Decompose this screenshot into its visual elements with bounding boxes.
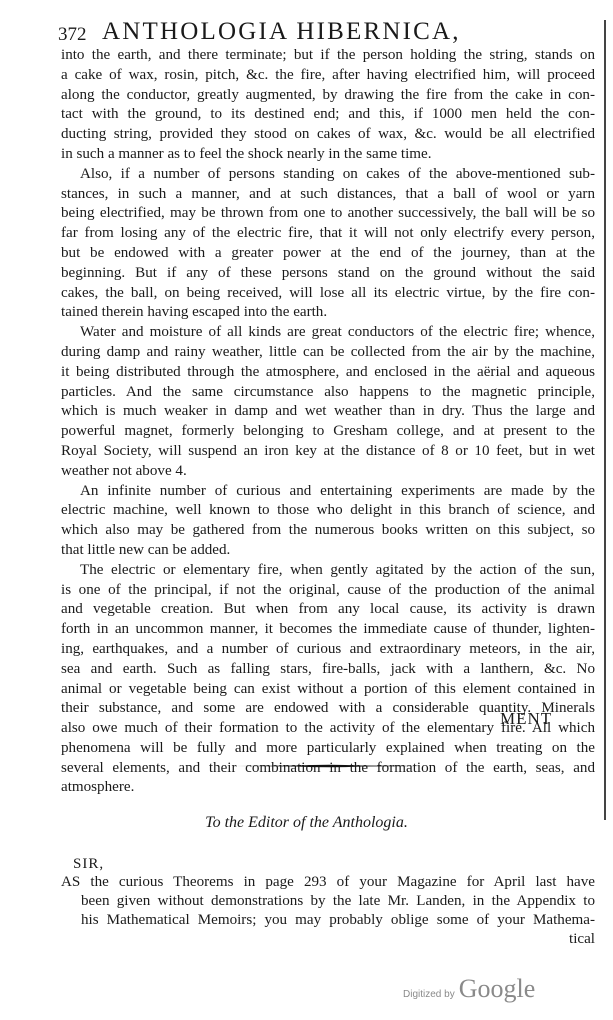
text-line: and vegetable creation. But when from an…: [61, 600, 595, 620]
text-line: sea and earth. Such as falling stars, fi…: [61, 660, 595, 680]
text-line: which also may be gathered from the nume…: [61, 521, 595, 541]
page-number: 372: [58, 24, 87, 46]
text-line: powerful magnet, formerly belonging to G…: [61, 422, 595, 442]
text-line: phenomena will be fully and more particu…: [61, 739, 595, 759]
text-line: forth in an uncommon manner, it becomes …: [61, 620, 595, 640]
text-line: atmosphere.: [61, 778, 595, 798]
text-line: several elements, and their combination …: [61, 759, 595, 779]
text-line: during damp and rainy weather, little ca…: [61, 343, 595, 363]
text-line: electric machine, well known to those wh…: [61, 501, 595, 521]
text-line: cakes, the ball, on being received, will…: [61, 284, 595, 304]
text-line: ing, earthquakes, and a number of curiou…: [61, 640, 595, 660]
ornamental-rule: [236, 764, 422, 768]
text-line: into the earth, and there terminate; but…: [61, 46, 595, 66]
text-line: but be endowed with a greater power at t…: [61, 244, 595, 264]
paragraph-4: An infinite number of curious and entert…: [61, 482, 595, 561]
text-line: An infinite number of curious and entert…: [61, 482, 595, 502]
text-line: particles. And the same circumstance als…: [61, 383, 595, 403]
text-line: is one of the principal, if not the orig…: [61, 581, 595, 601]
text-line: The electric or elementary fire, when ge…: [61, 561, 595, 581]
text-line: it being distributed through the atmosph…: [61, 363, 595, 383]
running-title: ANTHOLOGIA HIBERNICA,: [102, 18, 461, 46]
text-line: stances, in such a manner, and at such d…: [61, 185, 595, 205]
letter-heading: To the Editor of the Anthologia.: [0, 814, 613, 832]
text-line: a cake of wax, rosin, pitch, &c. the fir…: [61, 66, 595, 86]
text-line: Water and moisture of all kinds are grea…: [61, 323, 595, 343]
google-logo: Google: [459, 974, 536, 1003]
text-line: AS the curious Theorems in page 293 of y…: [61, 873, 595, 892]
text-line: which is much weaker in damp and wet wea…: [61, 402, 595, 422]
digitized-watermark: Digitized by Google: [403, 974, 535, 1004]
page-header: 372 ANTHOLOGIA HIBERNICA,: [58, 18, 558, 48]
text-line: weather not above 4.: [61, 462, 595, 482]
catchword: MENT: [500, 709, 552, 729]
watermark-prefix: Digitized by: [403, 989, 455, 1000]
letter-body: AS the curious Theorems in page 293 of y…: [61, 873, 595, 949]
letter-salutation: SIR,: [73, 856, 104, 873]
text-line: tained therein having escaped into the e…: [61, 303, 595, 323]
paragraph-2: Also, if a number of persons standing on…: [61, 165, 595, 323]
text-line: Royal Society, will suspend an iron key …: [61, 442, 595, 462]
text-line: his Mathematical Memoirs; you may probab…: [61, 911, 595, 930]
paragraph-5: The electric or elementary fire, when ge…: [61, 561, 595, 799]
text-line: animal or vegetable being can exist with…: [61, 680, 595, 700]
text-line: tact with the ground, to its destined en…: [61, 105, 595, 125]
text-line: being electrified, may be thrown from on…: [61, 204, 595, 224]
text-line: in such a manner as to feel the shock ne…: [61, 145, 595, 165]
page-edge-line: [604, 20, 606, 820]
paragraph-3: Water and moisture of all kinds are grea…: [61, 323, 595, 481]
catchword: tical: [61, 930, 595, 949]
text-line: beginning. But if any of these persons s…: [61, 264, 595, 284]
text-line: ducting string, provided they stood on c…: [61, 125, 595, 145]
text-line: been given without demonstrations by the…: [61, 892, 595, 911]
paragraph-1: into the earth, and there terminate; but…: [61, 46, 595, 165]
text-line: far from losing any of the electric fire…: [61, 224, 595, 244]
article-body: into the earth, and there terminate; but…: [61, 46, 595, 798]
text-line: that little new can be added.: [61, 541, 595, 561]
text-line: along the conductor, greatly augmented, …: [61, 86, 595, 106]
text-line: Also, if a number of persons standing on…: [61, 165, 595, 185]
